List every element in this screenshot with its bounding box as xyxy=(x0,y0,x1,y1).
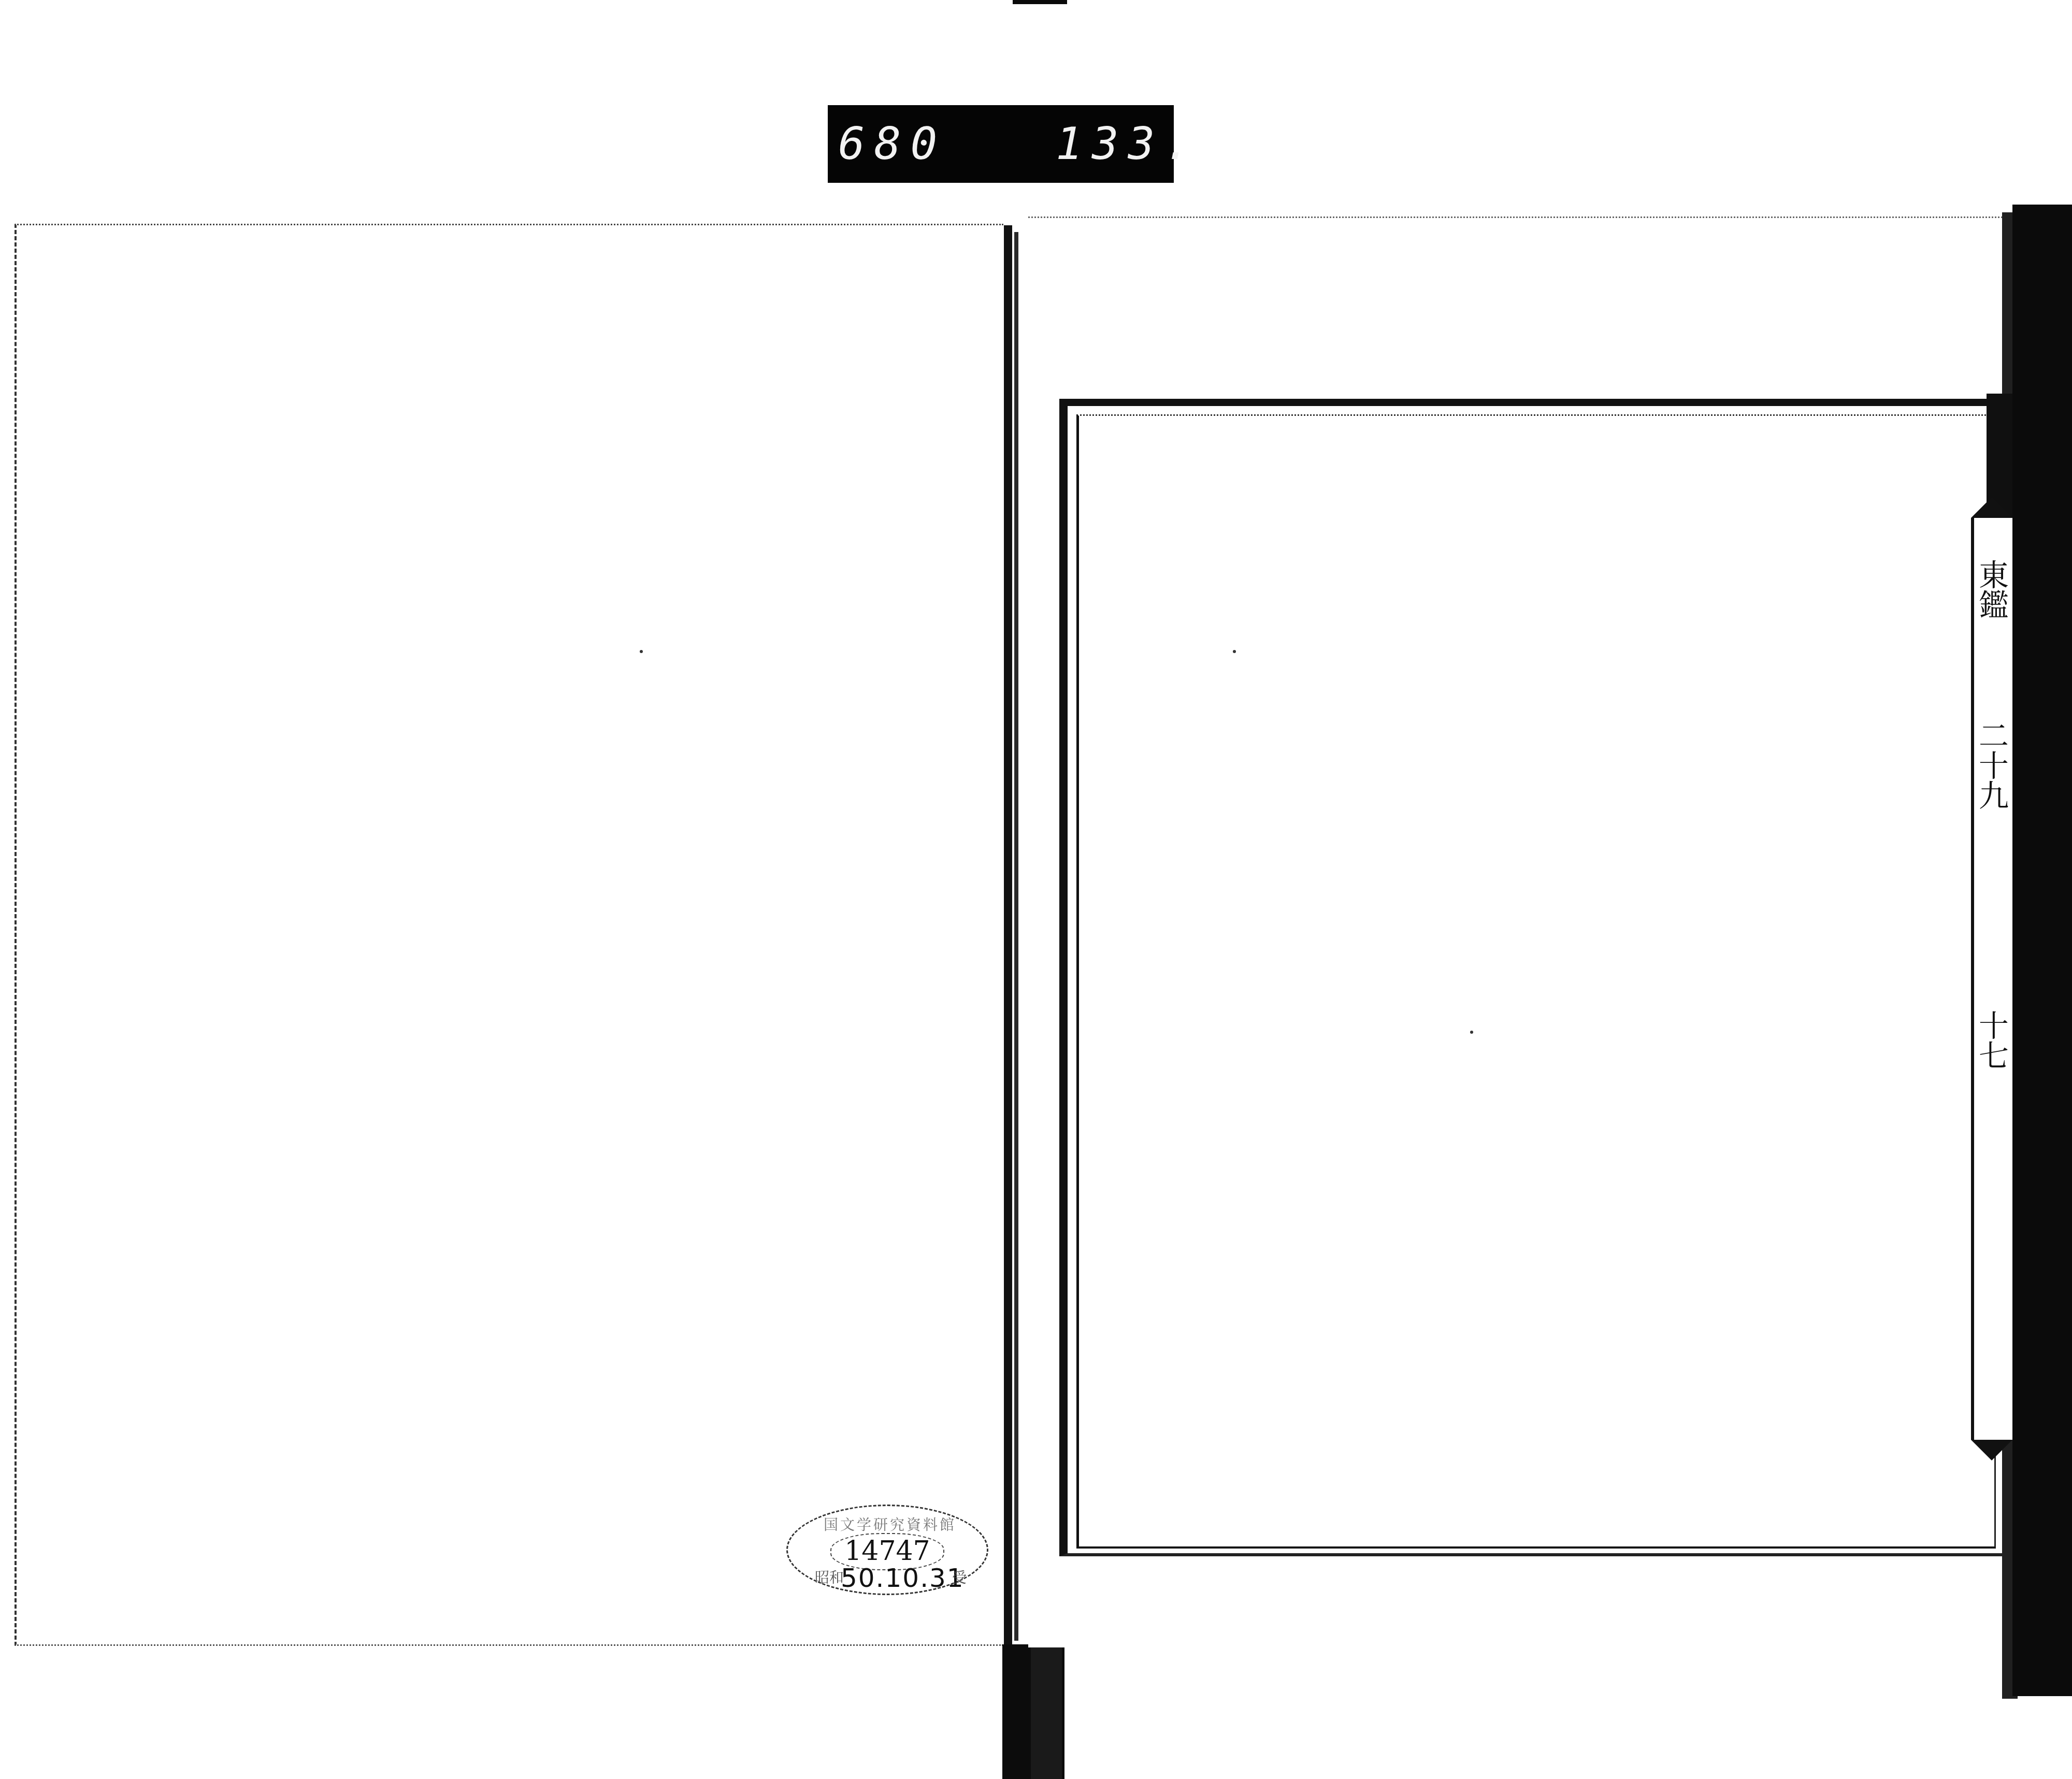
library-accession-stamp: 国文学研究資料館 14747 昭和 50.10.31 受 xyxy=(786,1505,991,1598)
book-spine xyxy=(2012,205,2072,1696)
title-slip-top-ornament xyxy=(1971,497,2012,518)
left-blank-page xyxy=(15,224,1003,1646)
stamp-era: 昭和 xyxy=(815,1567,844,1587)
volume-number: 二十九 xyxy=(1978,720,2009,810)
frame-number: 133. xyxy=(1056,121,1200,167)
left-page-gutter-edge xyxy=(1004,225,1012,1644)
dust-speck xyxy=(1233,650,1236,653)
reel-frame-counter: 680 133. xyxy=(828,105,1174,183)
film-edge-fragment xyxy=(1013,0,1067,4)
book-title: 東鑑 xyxy=(1978,559,2009,619)
stamp-organization: 国文学研究資料館 xyxy=(817,1514,962,1535)
sub-volume-number: 十七 xyxy=(1978,1010,2009,1070)
stamp-date: 50.10.31 xyxy=(841,1563,965,1593)
binding-shadow-inner xyxy=(1031,1647,1062,1779)
dust-speck xyxy=(640,650,643,653)
title-slip-bottom-ornament xyxy=(1971,1440,2012,1460)
stamp-accession-number: 14747 xyxy=(836,1536,939,1567)
cover-frame-inner xyxy=(1076,414,1996,1549)
stamp-suffix: 受 xyxy=(952,1567,967,1587)
reel-number: 680 xyxy=(838,121,946,167)
left-page-gutter-shadow xyxy=(1014,232,1018,1641)
dust-speck xyxy=(1470,1031,1473,1034)
title-slip-label: 東鑑 二十九 十七 xyxy=(1971,518,2012,1440)
